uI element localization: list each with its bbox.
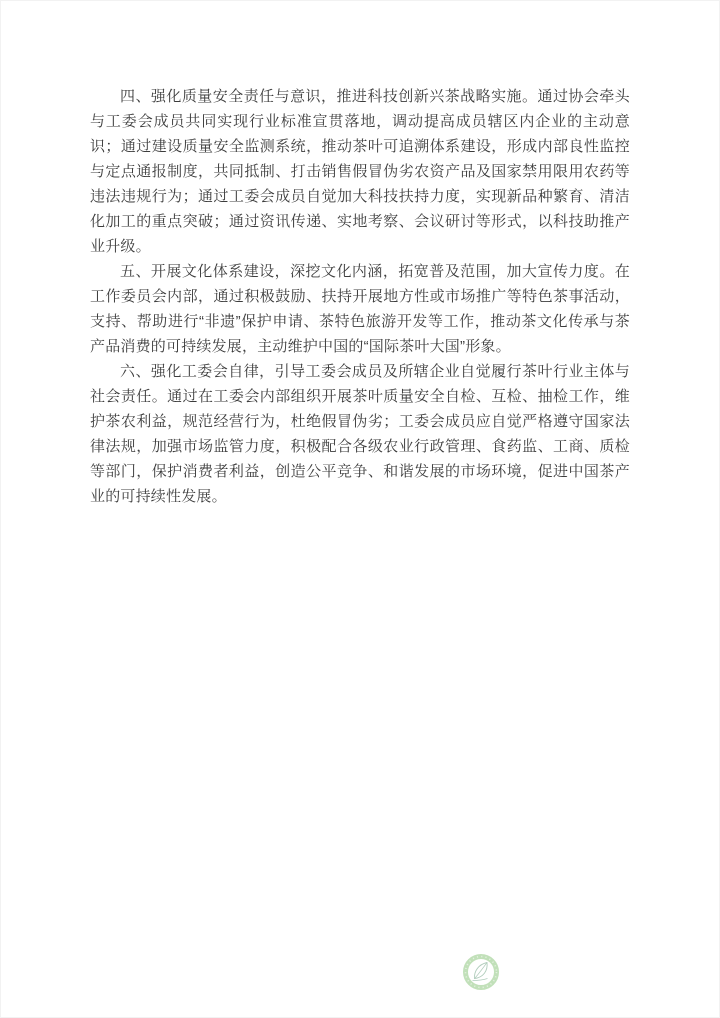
paragraph-item-6: 六、强化工委会自律，引导工委会成员及所辖企业自觉履行茶叶行业主体与社会责任。通过… bbox=[90, 359, 630, 509]
leaf-seal-icon bbox=[461, 952, 501, 992]
paragraph-item-5: 五、开展文化体系建设，深挖文化内涵，拓宽普及范围，加大宣传力度。在工作委员会内部… bbox=[90, 259, 630, 359]
document-page: 四、强化质量安全责任与意识，推进科技创新兴茶战略实施。通过协会牵头与工委会成员共… bbox=[0, 0, 720, 1018]
document-body: 四、强化质量安全责任与意识，推进科技创新兴茶战略实施。通过协会牵头与工委会成员共… bbox=[90, 84, 630, 509]
leaf-seal-watermark bbox=[461, 952, 501, 992]
paragraph-item-4: 四、强化质量安全责任与意识，推进科技创新兴茶战略实施。通过协会牵头与工委会成员共… bbox=[90, 84, 630, 259]
